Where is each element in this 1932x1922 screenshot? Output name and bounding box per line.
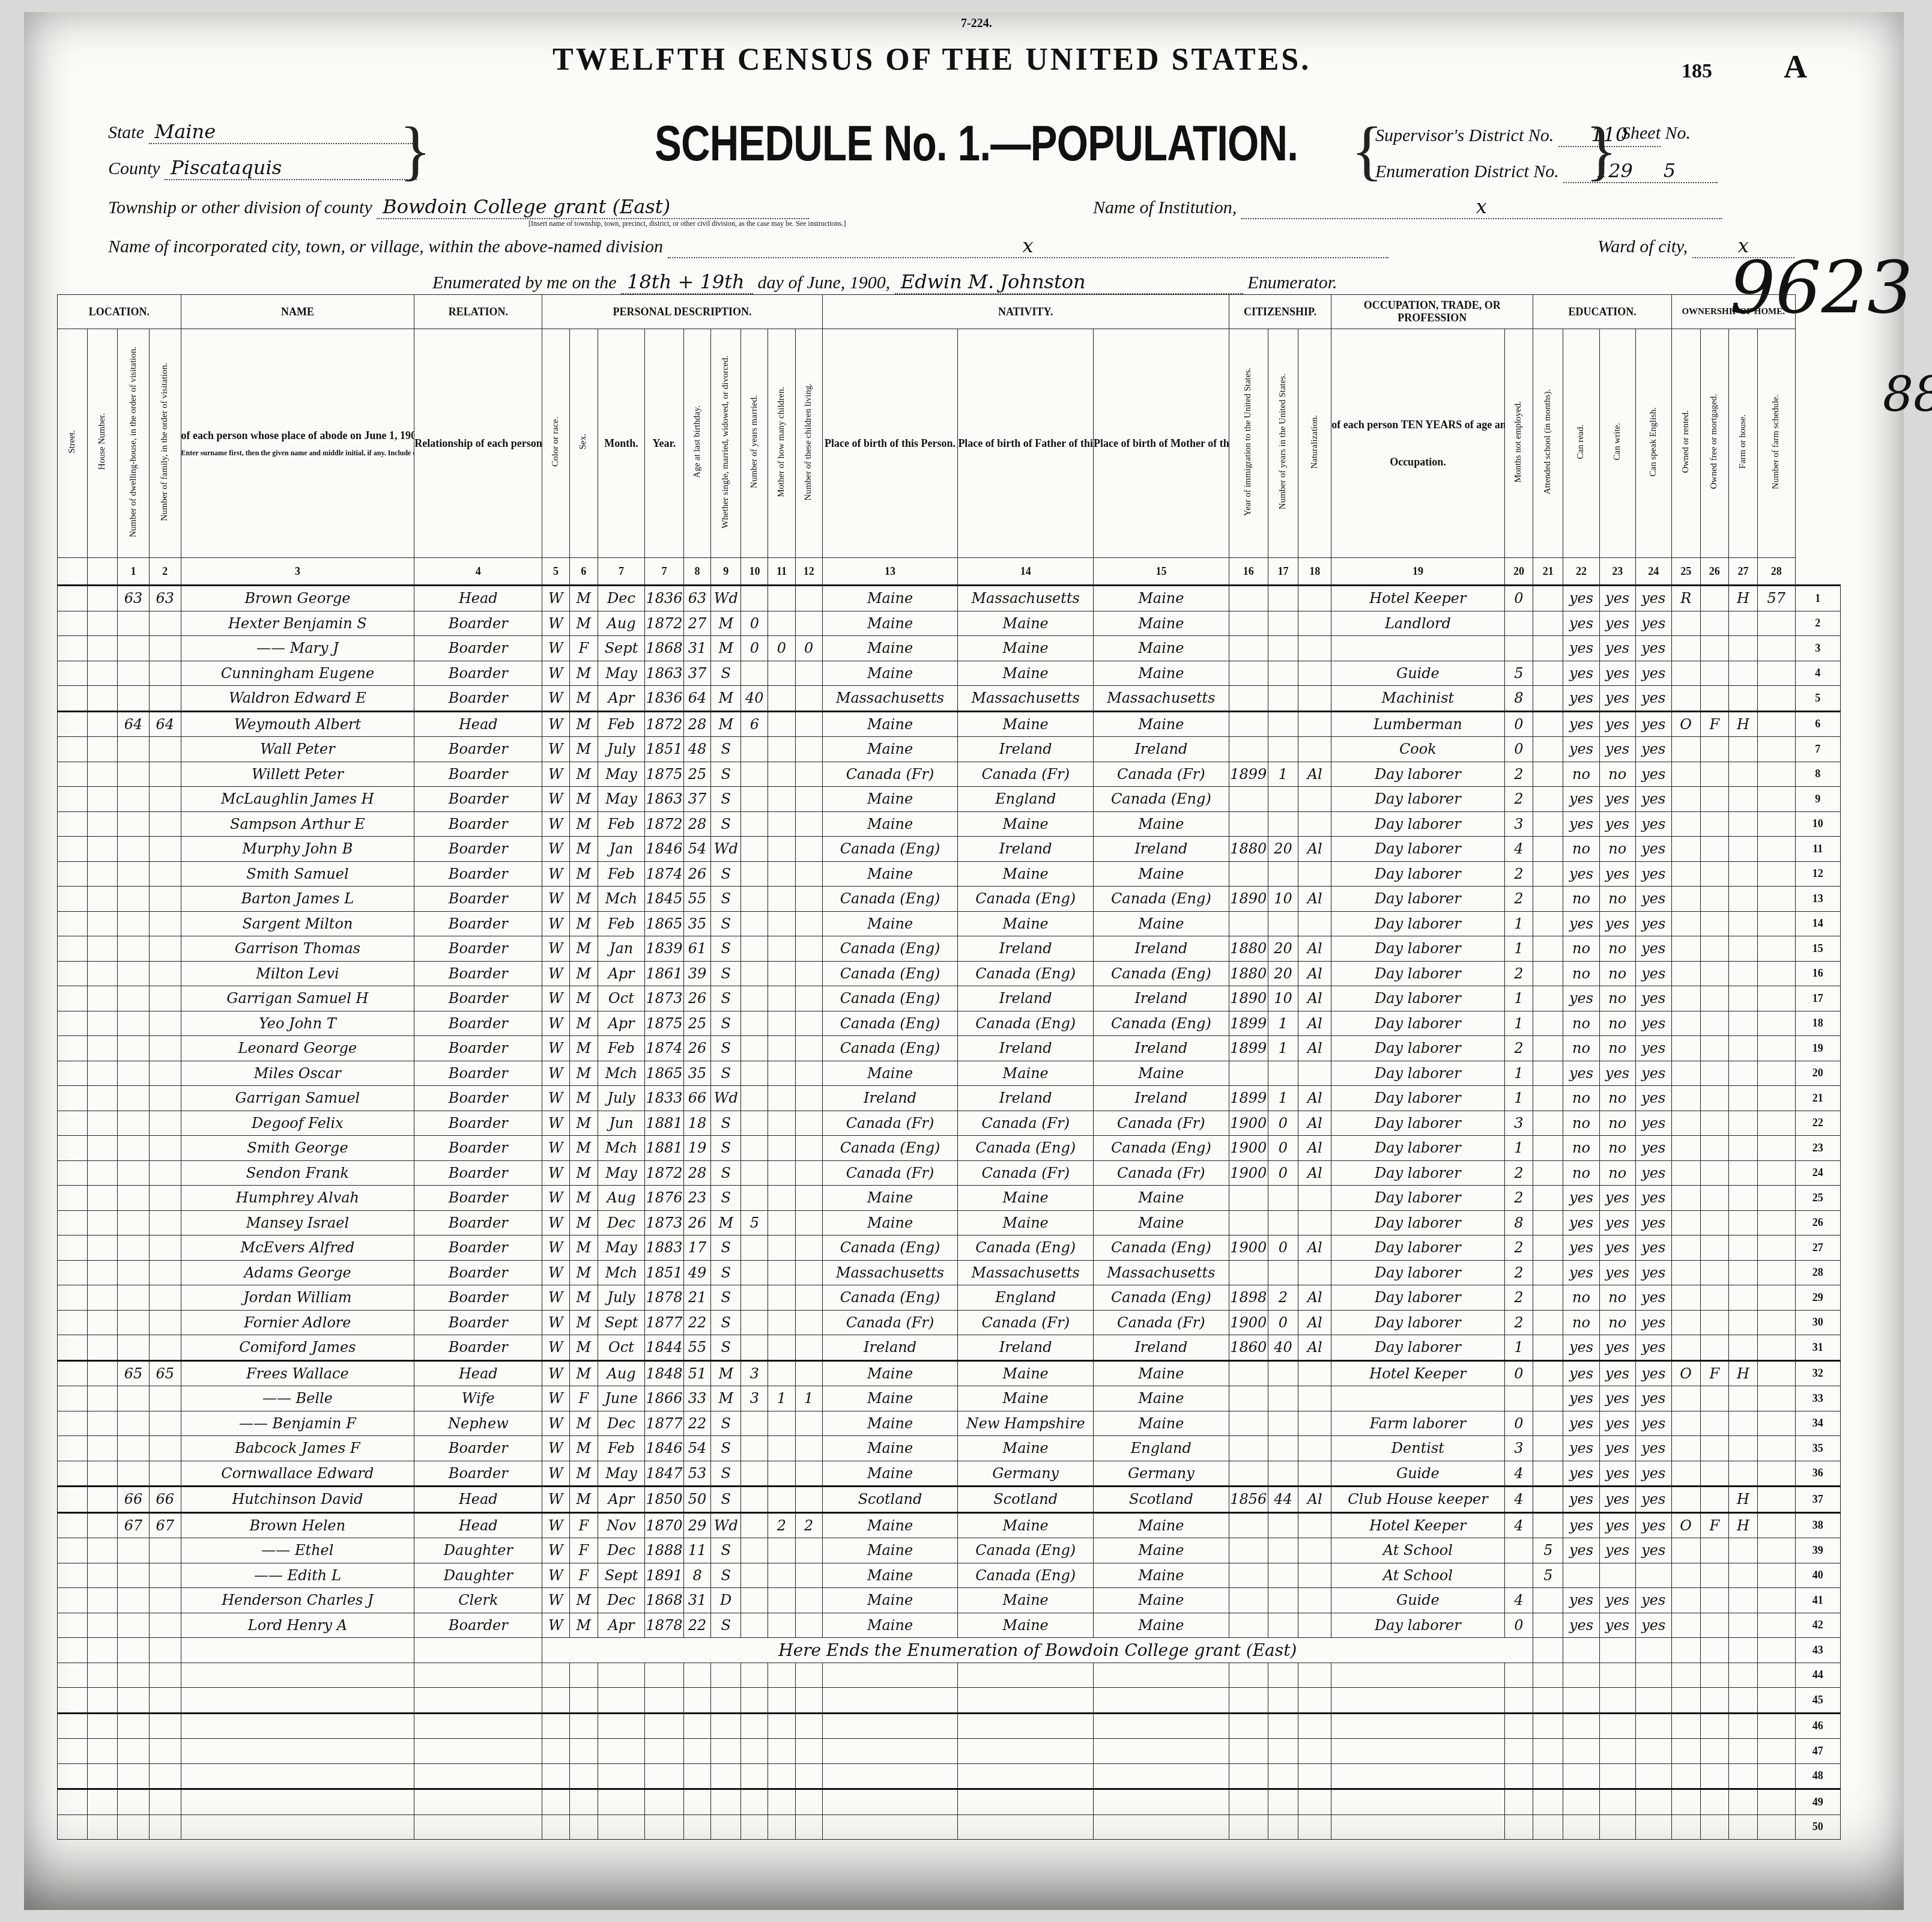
cell-can-write: yes bbox=[1599, 661, 1635, 686]
cell-house-number bbox=[88, 1235, 118, 1261]
cell-children-living bbox=[795, 1310, 822, 1335]
cell-color: W bbox=[542, 837, 569, 862]
cell-dwelling-number bbox=[118, 1210, 150, 1235]
cell-farm-house bbox=[1729, 1386, 1758, 1411]
cell-father-birthplace: Ireland bbox=[958, 1335, 1094, 1361]
cell-occupation bbox=[1331, 636, 1504, 661]
cell-person-name: Babcock James F bbox=[181, 1436, 414, 1461]
cell-relation: Boarder bbox=[414, 611, 542, 636]
cell-sex: M bbox=[569, 1086, 598, 1111]
cell-birth-month: Apr bbox=[598, 1613, 645, 1638]
cell-free-mortgaged bbox=[1700, 611, 1729, 636]
cell-mother-birthplace: Massachusetts bbox=[1094, 686, 1229, 712]
cell-person-name: Humphrey Alvah bbox=[181, 1186, 414, 1211]
enumerated-days: 18th + 19th bbox=[621, 270, 753, 294]
cell-sex: F bbox=[569, 1386, 598, 1411]
cell-relation: Boarder bbox=[414, 1613, 542, 1638]
cell-father-birthplace: Maine bbox=[958, 711, 1094, 737]
cell-birth-year: 1888 bbox=[644, 1538, 683, 1563]
cell-children-living bbox=[795, 1160, 822, 1186]
line-number: 36 bbox=[1795, 1461, 1840, 1487]
cell-speaks-english: yes bbox=[1635, 1260, 1671, 1285]
table-row: Willett PeterBoarderWMMay187525SCanada (… bbox=[58, 762, 1841, 787]
cell-can-write: no bbox=[1599, 1111, 1635, 1136]
cell-naturalization bbox=[1298, 1186, 1331, 1211]
column-number: 17 bbox=[1268, 558, 1298, 586]
table-row: Mansey IsraelBoarderWMDec187326M5MaineMa… bbox=[58, 1210, 1841, 1235]
cell-farm-schedule bbox=[1757, 1563, 1795, 1588]
cell-mother-birthplace: Maine bbox=[1094, 1512, 1229, 1538]
cell-age: 29 bbox=[684, 1512, 711, 1538]
cell-months-unemployed bbox=[1504, 636, 1533, 661]
cell-children-born bbox=[768, 1310, 795, 1335]
cell-naturalization: Al bbox=[1298, 887, 1331, 912]
cell-school-months bbox=[1533, 1613, 1563, 1638]
cell-birth-year: 1881 bbox=[644, 1136, 683, 1161]
cell-sex: M bbox=[569, 1335, 598, 1361]
line-number: 3 bbox=[1795, 636, 1840, 661]
cell-occupation: At School bbox=[1331, 1563, 1504, 1588]
cell-farm-house bbox=[1729, 1538, 1758, 1563]
cell-color: W bbox=[542, 1613, 569, 1638]
cell-father-birthplace: Canada (Fr) bbox=[958, 762, 1094, 787]
column-number: 7 bbox=[598, 558, 645, 586]
cell-family-number bbox=[149, 1160, 181, 1186]
enumerated-suffix: day of June, 1900, bbox=[758, 273, 891, 293]
cell-relation: Boarder bbox=[414, 1335, 542, 1361]
cell-owned-rented bbox=[1671, 1563, 1700, 1588]
cell-birth-year: 1839 bbox=[644, 936, 683, 962]
cell-street bbox=[58, 1086, 88, 1111]
cell-farm-schedule bbox=[1757, 1036, 1795, 1061]
cell-farm-schedule bbox=[1757, 911, 1795, 936]
supervisor-field: Supervisor's District No. 110 bbox=[1375, 123, 1661, 147]
cell-can-write: no bbox=[1599, 961, 1635, 986]
cell-children-born bbox=[768, 1086, 795, 1111]
cell-father-birthplace: Maine bbox=[958, 861, 1094, 887]
cell-father-birthplace: Maine bbox=[958, 1186, 1094, 1211]
cell-months-unemployed: 2 bbox=[1504, 787, 1533, 812]
cell-sex: M bbox=[569, 1411, 598, 1436]
cell-owned-rented bbox=[1671, 1588, 1700, 1613]
cell-street bbox=[58, 911, 88, 936]
cell-immigration-year bbox=[1229, 1613, 1268, 1638]
cell-farm-schedule bbox=[1757, 1160, 1795, 1186]
cell-owned-rented bbox=[1671, 686, 1700, 712]
cell-school-months bbox=[1533, 1011, 1563, 1036]
cell-speaks-english: yes bbox=[1635, 762, 1671, 787]
cell-family-number bbox=[149, 1310, 181, 1335]
cell-owned-rented bbox=[1671, 961, 1700, 986]
form-number: 7-224. bbox=[961, 17, 992, 31]
cell-street bbox=[58, 1335, 88, 1361]
cell-farm-house bbox=[1729, 686, 1758, 712]
cell-can-write: yes bbox=[1599, 1512, 1635, 1538]
cell-children-living bbox=[795, 1487, 822, 1513]
cell-relation: Boarder bbox=[414, 737, 542, 762]
cell-free-mortgaged: F bbox=[1700, 711, 1729, 737]
cell-father-birthplace: Ireland bbox=[958, 936, 1094, 962]
cell-street bbox=[58, 1011, 88, 1036]
cell-person-name: Henderson Charles J bbox=[181, 1588, 414, 1613]
cell-occupation: Day laborer bbox=[1331, 911, 1504, 936]
cell-farm-schedule bbox=[1757, 861, 1795, 887]
cell-months-unemployed: 0 bbox=[1504, 586, 1533, 611]
cell-naturalization bbox=[1298, 787, 1331, 812]
cell-children-born bbox=[768, 762, 795, 787]
cell-father-birthplace: Massachusetts bbox=[958, 586, 1094, 611]
cell-marital-status: S bbox=[711, 1160, 741, 1186]
cell-occupation: Farm laborer bbox=[1331, 1411, 1504, 1436]
cell-children-living bbox=[795, 961, 822, 986]
cell-can-read: no bbox=[1563, 762, 1599, 787]
cell-speaks-english: yes bbox=[1635, 986, 1671, 1011]
cell-immigration-year bbox=[1229, 1563, 1268, 1588]
cell-person-name: Sargent Milton bbox=[181, 911, 414, 936]
cell-years-married bbox=[741, 887, 768, 912]
col-color: Color or race. bbox=[551, 417, 561, 467]
empty-row: 49 bbox=[58, 1789, 1841, 1815]
cell-birthplace: Ireland bbox=[822, 1335, 958, 1361]
cell-months-unemployed: 2 bbox=[1504, 861, 1533, 887]
cell-person-name: Willett Peter bbox=[181, 762, 414, 787]
line-number: 20 bbox=[1795, 1061, 1840, 1086]
cell-speaks-english: yes bbox=[1635, 737, 1671, 762]
cell-school-months bbox=[1533, 1210, 1563, 1235]
cell-marital-status: S bbox=[711, 1563, 741, 1588]
cell-birth-year: 1874 bbox=[644, 861, 683, 887]
cell-children-living bbox=[795, 611, 822, 636]
sheet-label: Sheet No. bbox=[1622, 123, 1691, 144]
cell-birth-year: 1870 bbox=[644, 1512, 683, 1538]
cell-birth-month: May bbox=[598, 1235, 645, 1261]
cell-birth-year: 1844 bbox=[644, 1335, 683, 1361]
cell-children-living bbox=[795, 811, 822, 837]
cell-farm-house: H bbox=[1729, 1512, 1758, 1538]
cell-dwelling-number bbox=[118, 1061, 150, 1086]
cell-speaks-english: yes bbox=[1635, 1136, 1671, 1161]
cell-children-living bbox=[795, 1335, 822, 1361]
group-occupation: OCCUPATION, TRADE, OR PROFESSION bbox=[1331, 295, 1533, 329]
cell-can-read: yes bbox=[1563, 1487, 1599, 1513]
cell-birth-month: Nov bbox=[598, 1512, 645, 1538]
cell-dwelling-number bbox=[118, 1086, 150, 1111]
cell-children-born bbox=[768, 1111, 795, 1136]
cell-birth-month: May bbox=[598, 787, 645, 812]
cell-age: 26 bbox=[684, 1210, 711, 1235]
cell-immigration-year bbox=[1229, 686, 1268, 712]
cell-street bbox=[58, 762, 88, 787]
cell-years-married bbox=[741, 737, 768, 762]
col-school: Attended school (in months). bbox=[1543, 389, 1553, 494]
cell-birthplace: Maine bbox=[822, 737, 958, 762]
cell-street bbox=[58, 1186, 88, 1211]
cell-years-in-us: 44 bbox=[1268, 1487, 1298, 1513]
cell-speaks-english: yes bbox=[1635, 1011, 1671, 1036]
cell-can-read: no bbox=[1563, 936, 1599, 962]
cell-children-living bbox=[795, 1011, 822, 1036]
cell-person-name: Murphy John B bbox=[181, 837, 414, 862]
cell-mother-birthplace: Canada (Eng) bbox=[1094, 887, 1229, 912]
cell-farm-schedule bbox=[1757, 1512, 1795, 1538]
cell-family-number bbox=[149, 1210, 181, 1235]
cell-can-write: yes bbox=[1599, 586, 1635, 611]
cell-years-in-us bbox=[1268, 1360, 1298, 1386]
cell-relation: Boarder bbox=[414, 1136, 542, 1161]
line-number: 16 bbox=[1795, 961, 1840, 986]
cell-can-read: no bbox=[1563, 961, 1599, 986]
cell-farm-schedule bbox=[1757, 1613, 1795, 1638]
cell-color: W bbox=[542, 711, 569, 737]
cell-dwelling-number bbox=[118, 1136, 150, 1161]
cell-age: 25 bbox=[684, 762, 711, 787]
cell-age: 21 bbox=[684, 1285, 711, 1311]
cell-house-number bbox=[88, 1086, 118, 1111]
cell-immigration-year: 1899 bbox=[1229, 1036, 1268, 1061]
col-owned-rented: Owned or rented. bbox=[1681, 410, 1691, 473]
line-number: 9 bbox=[1795, 787, 1840, 812]
line-number: 42 bbox=[1795, 1613, 1840, 1638]
cell-can-read: yes bbox=[1563, 1512, 1599, 1538]
cell-children-living bbox=[795, 1210, 822, 1235]
cell-can-write: no bbox=[1599, 762, 1635, 787]
cell-birthplace: Maine bbox=[822, 1386, 958, 1411]
cell-relation: Head bbox=[414, 711, 542, 737]
line-number: 47 bbox=[1795, 1739, 1840, 1764]
cell-age: 26 bbox=[684, 1036, 711, 1061]
line-number: 18 bbox=[1795, 1011, 1840, 1036]
cell-father-birthplace: Canada (Fr) bbox=[958, 1310, 1094, 1335]
cell-age: 31 bbox=[684, 1588, 711, 1613]
cell-children-living bbox=[795, 762, 822, 787]
cell-house-number bbox=[88, 1260, 118, 1285]
cell-owned-rented bbox=[1671, 811, 1700, 837]
cell-street bbox=[58, 1411, 88, 1436]
cell-farm-schedule bbox=[1757, 686, 1795, 712]
cell-sex: M bbox=[569, 661, 598, 686]
cell-farm-schedule bbox=[1757, 837, 1795, 862]
cell-father-birthplace: Ireland bbox=[958, 1036, 1094, 1061]
col-write: Can write. bbox=[1613, 423, 1623, 460]
cell-children-living bbox=[795, 787, 822, 812]
cell-speaks-english: yes bbox=[1635, 811, 1671, 837]
cell-months-unemployed: 8 bbox=[1504, 1210, 1533, 1235]
cell-birthplace: Maine bbox=[822, 711, 958, 737]
cell-farm-house bbox=[1729, 811, 1758, 837]
cell-sex: M bbox=[569, 1613, 598, 1638]
cell-father-birthplace: Maine bbox=[958, 1588, 1094, 1613]
cell-naturalization bbox=[1298, 1260, 1331, 1285]
cell-color: W bbox=[542, 1260, 569, 1285]
cell-can-write: yes bbox=[1599, 1461, 1635, 1487]
cell-birth-year: 1836 bbox=[644, 586, 683, 611]
column-number: 5 bbox=[542, 558, 569, 586]
cell-birthplace: Maine bbox=[822, 1613, 958, 1638]
cell-mother-birthplace: Maine bbox=[1094, 1563, 1229, 1588]
cell-farm-schedule bbox=[1757, 811, 1795, 837]
cell-free-mortgaged bbox=[1700, 686, 1729, 712]
cell-free-mortgaged bbox=[1700, 1310, 1729, 1335]
cell-marital-status: M bbox=[711, 1360, 741, 1386]
cell-free-mortgaged bbox=[1700, 1335, 1729, 1361]
cell-marital-status: S bbox=[711, 1136, 741, 1161]
cell-free-mortgaged bbox=[1700, 636, 1729, 661]
cell-birth-year: 1846 bbox=[644, 837, 683, 862]
cell-birthplace: Canada (Eng) bbox=[822, 986, 958, 1011]
cell-farm-schedule: 57 bbox=[1757, 586, 1795, 611]
cell-farm-schedule bbox=[1757, 711, 1795, 737]
cell-years-in-us: 0 bbox=[1268, 1160, 1298, 1186]
cell-naturalization: Al bbox=[1298, 837, 1331, 862]
table-row: Smith GeorgeBoarderWMMch188119SCanada (E… bbox=[58, 1136, 1841, 1161]
cell-naturalization bbox=[1298, 1538, 1331, 1563]
line-number: 5 bbox=[1795, 686, 1840, 712]
table-row: Garrigan Samuel HBoarderWMOct187326SCana… bbox=[58, 986, 1841, 1011]
table-row: Adams GeorgeBoarderWMMch185149SMassachus… bbox=[58, 1260, 1841, 1285]
cell-person-name: Hutchinson David bbox=[181, 1487, 414, 1513]
cell-free-mortgaged bbox=[1700, 961, 1729, 986]
cell-marital-status: S bbox=[711, 1285, 741, 1311]
line-number: 1 bbox=[1795, 586, 1840, 611]
cell-speaks-english: yes bbox=[1635, 911, 1671, 936]
line-number: 43 bbox=[1795, 1638, 1840, 1663]
cell-months-unemployed: 4 bbox=[1504, 1461, 1533, 1487]
cell-birthplace: Maine bbox=[822, 661, 958, 686]
cell-farm-schedule bbox=[1757, 636, 1795, 661]
cell-speaks-english: yes bbox=[1635, 1186, 1671, 1211]
cell-person-name: Weymouth Albert bbox=[181, 711, 414, 737]
table-row: —— Edith LDaughterWFSept18918SMaineCanad… bbox=[58, 1563, 1841, 1588]
cell-person-name: Brown George bbox=[181, 586, 414, 611]
cell-house-number bbox=[88, 1186, 118, 1211]
cell-relation: Boarder bbox=[414, 837, 542, 862]
cell-age: 37 bbox=[684, 787, 711, 812]
cell-street bbox=[58, 1588, 88, 1613]
cell-birth-month: Oct bbox=[598, 986, 645, 1011]
cell-family-number bbox=[149, 611, 181, 636]
cell-speaks-english: yes bbox=[1635, 1086, 1671, 1111]
column-number: 2 bbox=[149, 558, 181, 586]
cell-dwelling-number bbox=[118, 811, 150, 837]
cell-school-months bbox=[1533, 711, 1563, 737]
cell-years-in-us: 0 bbox=[1268, 1111, 1298, 1136]
cell-family-number bbox=[149, 1563, 181, 1588]
cell-immigration-year: 1899 bbox=[1229, 1086, 1268, 1111]
cell-dwelling-number bbox=[118, 1386, 150, 1411]
cell-dwelling-number bbox=[118, 787, 150, 812]
cell-owned-rented bbox=[1671, 1111, 1700, 1136]
cell-can-read: yes bbox=[1563, 861, 1599, 887]
cell-speaks-english: yes bbox=[1635, 1360, 1671, 1386]
cell-street bbox=[58, 611, 88, 636]
enumerated-field: Enumerated by me on the 18th + 19th day … bbox=[432, 270, 1337, 294]
cell-birthplace: Canada (Eng) bbox=[822, 961, 958, 986]
cell-farm-schedule bbox=[1757, 1186, 1795, 1211]
cell-dwelling-number bbox=[118, 1335, 150, 1361]
cell-can-write: yes bbox=[1599, 1360, 1635, 1386]
cell-years-in-us bbox=[1268, 1563, 1298, 1588]
cell-can-read: no bbox=[1563, 837, 1599, 862]
cell-relation: Boarder bbox=[414, 762, 542, 787]
cell-owned-rented bbox=[1671, 737, 1700, 762]
line-number: 13 bbox=[1795, 887, 1840, 912]
sheet-field: 5 bbox=[1622, 159, 1718, 183]
cell-children-born bbox=[768, 811, 795, 837]
cell-free-mortgaged bbox=[1700, 1260, 1729, 1285]
cell-years-in-us: 20 bbox=[1268, 961, 1298, 986]
cell-occupation: Day laborer bbox=[1331, 1210, 1504, 1235]
cell-farm-schedule bbox=[1757, 1588, 1795, 1613]
line-number: 17 bbox=[1795, 986, 1840, 1011]
cell-street bbox=[58, 986, 88, 1011]
line-number: 24 bbox=[1795, 1160, 1840, 1186]
cell-color: W bbox=[542, 1335, 569, 1361]
cell-free-mortgaged bbox=[1700, 1386, 1729, 1411]
cell-children-living bbox=[795, 586, 822, 611]
cell-color: W bbox=[542, 1436, 569, 1461]
cell-relation: Boarder bbox=[414, 661, 542, 686]
cell-color: W bbox=[542, 1011, 569, 1036]
cell-can-read: yes bbox=[1563, 711, 1599, 737]
cell-school-months bbox=[1533, 911, 1563, 936]
cell-school-months bbox=[1533, 1260, 1563, 1285]
cell-dwelling-number bbox=[118, 936, 150, 962]
cell-house-number bbox=[88, 586, 118, 611]
cell-occupation: Day laborer bbox=[1331, 1613, 1504, 1638]
cell-street bbox=[58, 961, 88, 986]
city-value: x bbox=[668, 234, 1388, 258]
cell-can-read: no bbox=[1563, 1111, 1599, 1136]
cell-father-birthplace: Maine bbox=[958, 911, 1094, 936]
cell-farm-schedule bbox=[1757, 936, 1795, 962]
cell-birth-month: Dec bbox=[598, 1210, 645, 1235]
cell-sex: M bbox=[569, 1588, 598, 1613]
cell-months-unemployed: 3 bbox=[1504, 1436, 1533, 1461]
cell-speaks-english: yes bbox=[1635, 1487, 1671, 1513]
cell-farm-schedule bbox=[1757, 1260, 1795, 1285]
cell-occupation: Day laborer bbox=[1331, 861, 1504, 887]
cell-birth-month: May bbox=[598, 661, 645, 686]
city-label: Name of incorporated city, town, or vill… bbox=[108, 237, 663, 256]
cell-color: W bbox=[542, 1235, 569, 1261]
cell-family-number bbox=[149, 762, 181, 787]
cell-years-married: 6 bbox=[741, 711, 768, 737]
cell-months-unemployed bbox=[1504, 611, 1533, 636]
cell-birth-month: Dec bbox=[598, 1411, 645, 1436]
cell-owned-rented bbox=[1671, 661, 1700, 686]
cell-relation: Boarder bbox=[414, 1111, 542, 1136]
cell-owned-rented: O bbox=[1671, 1512, 1700, 1538]
cell-free-mortgaged bbox=[1700, 861, 1729, 887]
cell-dwelling-number bbox=[118, 611, 150, 636]
cell-naturalization bbox=[1298, 1588, 1331, 1613]
cell-can-write: yes bbox=[1599, 737, 1635, 762]
cell-school-months bbox=[1533, 1136, 1563, 1161]
cell-person-name: Waldron Edward E bbox=[181, 686, 414, 712]
cell-birth-month: Feb bbox=[598, 711, 645, 737]
cell-house-number bbox=[88, 661, 118, 686]
cell-sex: F bbox=[569, 1563, 598, 1588]
cell-house-number bbox=[88, 1360, 118, 1386]
cell-marital-status: M bbox=[711, 1210, 741, 1235]
cell-birthplace: Maine bbox=[822, 787, 958, 812]
cell-immigration-year bbox=[1229, 661, 1268, 686]
column-number: 7 bbox=[644, 558, 683, 586]
cell-owned-rented: O bbox=[1671, 711, 1700, 737]
cell-free-mortgaged: F bbox=[1700, 1360, 1729, 1386]
cell-birthplace: Maine bbox=[822, 1461, 958, 1487]
cell-birth-year: 1891 bbox=[644, 1563, 683, 1588]
